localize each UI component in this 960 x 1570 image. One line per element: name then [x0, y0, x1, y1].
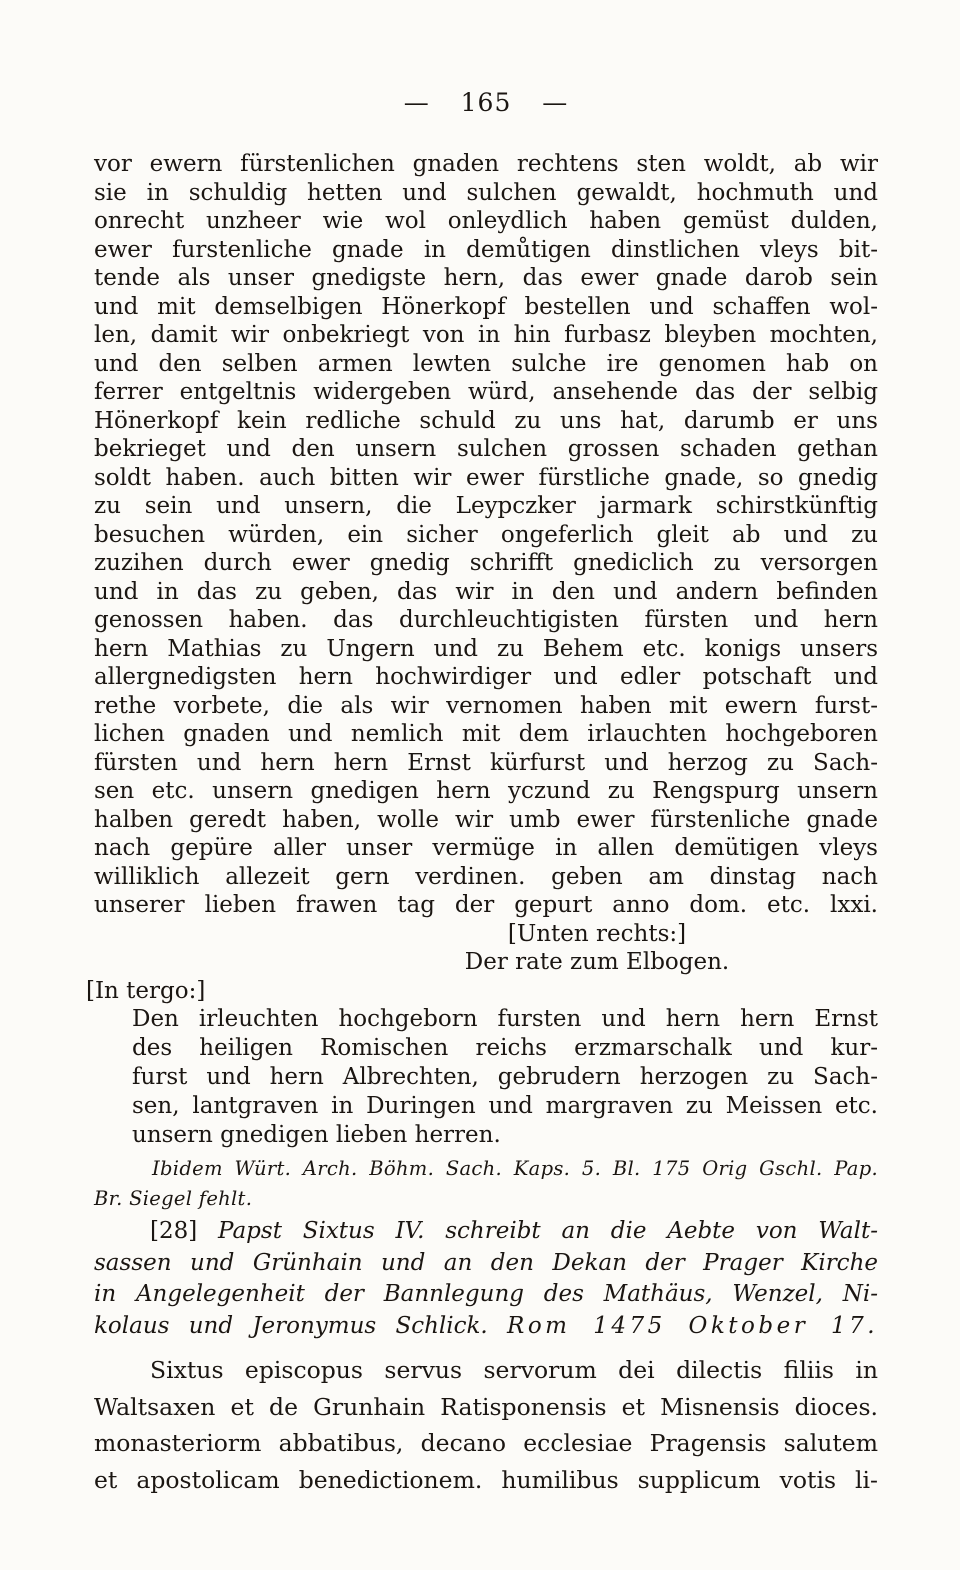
text-line: des heiligen Romischen reichs erzmarscha…	[132, 1034, 878, 1063]
text-line: ewer furstenliche gnade in demůtigen din…	[94, 236, 878, 265]
text-line: Den irleuchten hochgeborn fursten und he…	[132, 1005, 878, 1034]
page-number-header: — 165 —	[94, 90, 878, 116]
text-line: sie in schuldig hetten und sulchen gewal…	[94, 179, 878, 208]
archive-source-note: Ibidem Würt. Arch. Böhm. Sach. Kaps. 5. …	[94, 1154, 878, 1214]
text-line: und den selben armen lewten sulche ire g…	[94, 350, 878, 379]
text-line: Waltsaxen et de Grunhain Ratisponensis e…	[94, 1389, 878, 1426]
text-line: nach gepüre aller unser vermüge in allen…	[94, 834, 878, 863]
text-block: — 165 — vor ewern fürstenlichen gnaden r…	[94, 90, 878, 1498]
text-line: lichen gnaden und nemlich mit dem irlauc…	[94, 720, 878, 749]
text-line: zuzihen durch ewer gnedig schrifft gnedi…	[94, 549, 878, 578]
text-line: len, damit wir onbekriegt von in hin fur…	[94, 321, 878, 350]
letter-body-paragraph: vor ewern fürstenlichen gnaden rechtens …	[94, 150, 878, 920]
text-line: rethe vorbete, die als wir vernomen habe…	[94, 692, 878, 721]
signature-line: Der rate zum Elbogen.	[316, 948, 878, 977]
text-line: bekrieget und den unsern sulchen grossen…	[94, 435, 878, 464]
text-line: genossen haben. das durchleuchtigisten f…	[94, 606, 878, 635]
text-line: in Angelegenheit der Bannlegung des Math…	[94, 1279, 878, 1311]
text-line: sen, lantgraven in Duringen und margrave…	[132, 1092, 878, 1121]
in-tergo-label: [In tergo:]	[86, 977, 878, 1006]
entry-first-line: [28] Papst Sixtus IV. schreibt an die Ae…	[94, 1216, 878, 1248]
text-line: onrecht unzheer wie wol onleydlich haben…	[94, 207, 878, 236]
text-line: tende als unser gnedigste hern, das ewer…	[94, 264, 878, 293]
text-line: vor ewern fürstenlichen gnaden rechtens …	[94, 150, 878, 179]
text-line: monasteriorm abbatibus, decano ecclesiae…	[94, 1425, 878, 1462]
text-line: besuchen würden, ein sicher ongeferlich …	[94, 521, 878, 550]
entry-number: [28]	[150, 1218, 197, 1244]
text-line: sassen und Grünhain und an den Dekan der…	[94, 1248, 878, 1280]
text-line: sen etc. unsern gnedigen hern yczund zu …	[94, 777, 878, 806]
source-note-line: Br. Siegel fehlt.	[94, 1184, 878, 1214]
text-line: williklich allezeit gern verdinen. geben…	[94, 863, 878, 892]
text-line: ferrer entgeltnis widergeben würd, anseh…	[94, 378, 878, 407]
address-block: Den irleuchten hochgeborn fursten und he…	[132, 1005, 878, 1150]
signature-block: [Unten rechts:] Der rate zum Elbogen.	[94, 920, 878, 977]
text-line: hern Mathias zu Ungern und zu Behem etc.…	[94, 635, 878, 664]
text-line: Hönerkopf kein redliche schuld zu uns ha…	[94, 407, 878, 436]
entry-title-end: kolaus und Jeronymus Schlick.	[94, 1313, 488, 1339]
entry-date: Rom 1475 Oktober 17.	[507, 1313, 878, 1339]
text-line: und mit demselbigen Hönerkopf bestellen …	[94, 293, 878, 322]
text-line: halben geredt haben, wolle wir umb ewer …	[94, 806, 878, 835]
text-line: und in das zu geben, das wir in den und …	[94, 578, 878, 607]
text-line: fürsten und hern hern Ernst kürfurst und…	[94, 749, 878, 778]
text-line: furst und hern Albrechten, gebrudern her…	[132, 1063, 878, 1092]
text-line: soldt haben. auch bitten wir ewer fürstl…	[94, 464, 878, 493]
text-line: allergnedigsten hern hochwirdiger und ed…	[94, 663, 878, 692]
text-line: et apostolicam benedictionem. humilibus …	[94, 1462, 878, 1499]
text-line: unsern gnedigen lieben herren.	[132, 1121, 878, 1150]
book-page: — 165 — vor ewern fürstenlichen gnaden r…	[0, 0, 960, 1570]
source-note-line: Ibidem Würt. Arch. Böhm. Sach. Kaps. 5. …	[94, 1154, 878, 1184]
entry-mid-lines: sassen und Grünhain und an den Dekan der…	[94, 1248, 878, 1311]
text-line: Sixtus episcopus servus servorum dei dil…	[94, 1352, 878, 1389]
text-line: zu sein und unsern, die Leypczker jarmar…	[94, 492, 878, 521]
unten-rechts-label: [Unten rechts:]	[316, 920, 878, 949]
latin-text-paragraph: Sixtus episcopus servus servorum dei dil…	[94, 1352, 878, 1498]
entry-last-line: kolaus und Jeronymus Schlick. Rom 1475 O…	[94, 1311, 878, 1343]
entry-title-text: Papst Sixtus IV. schreibt an die Aebte v…	[218, 1218, 878, 1244]
regest-entry-28: [28] Papst Sixtus IV. schreibt an die Ae…	[94, 1216, 878, 1342]
text-line: unserer lieben frawen tag der gepurt ann…	[94, 891, 878, 920]
